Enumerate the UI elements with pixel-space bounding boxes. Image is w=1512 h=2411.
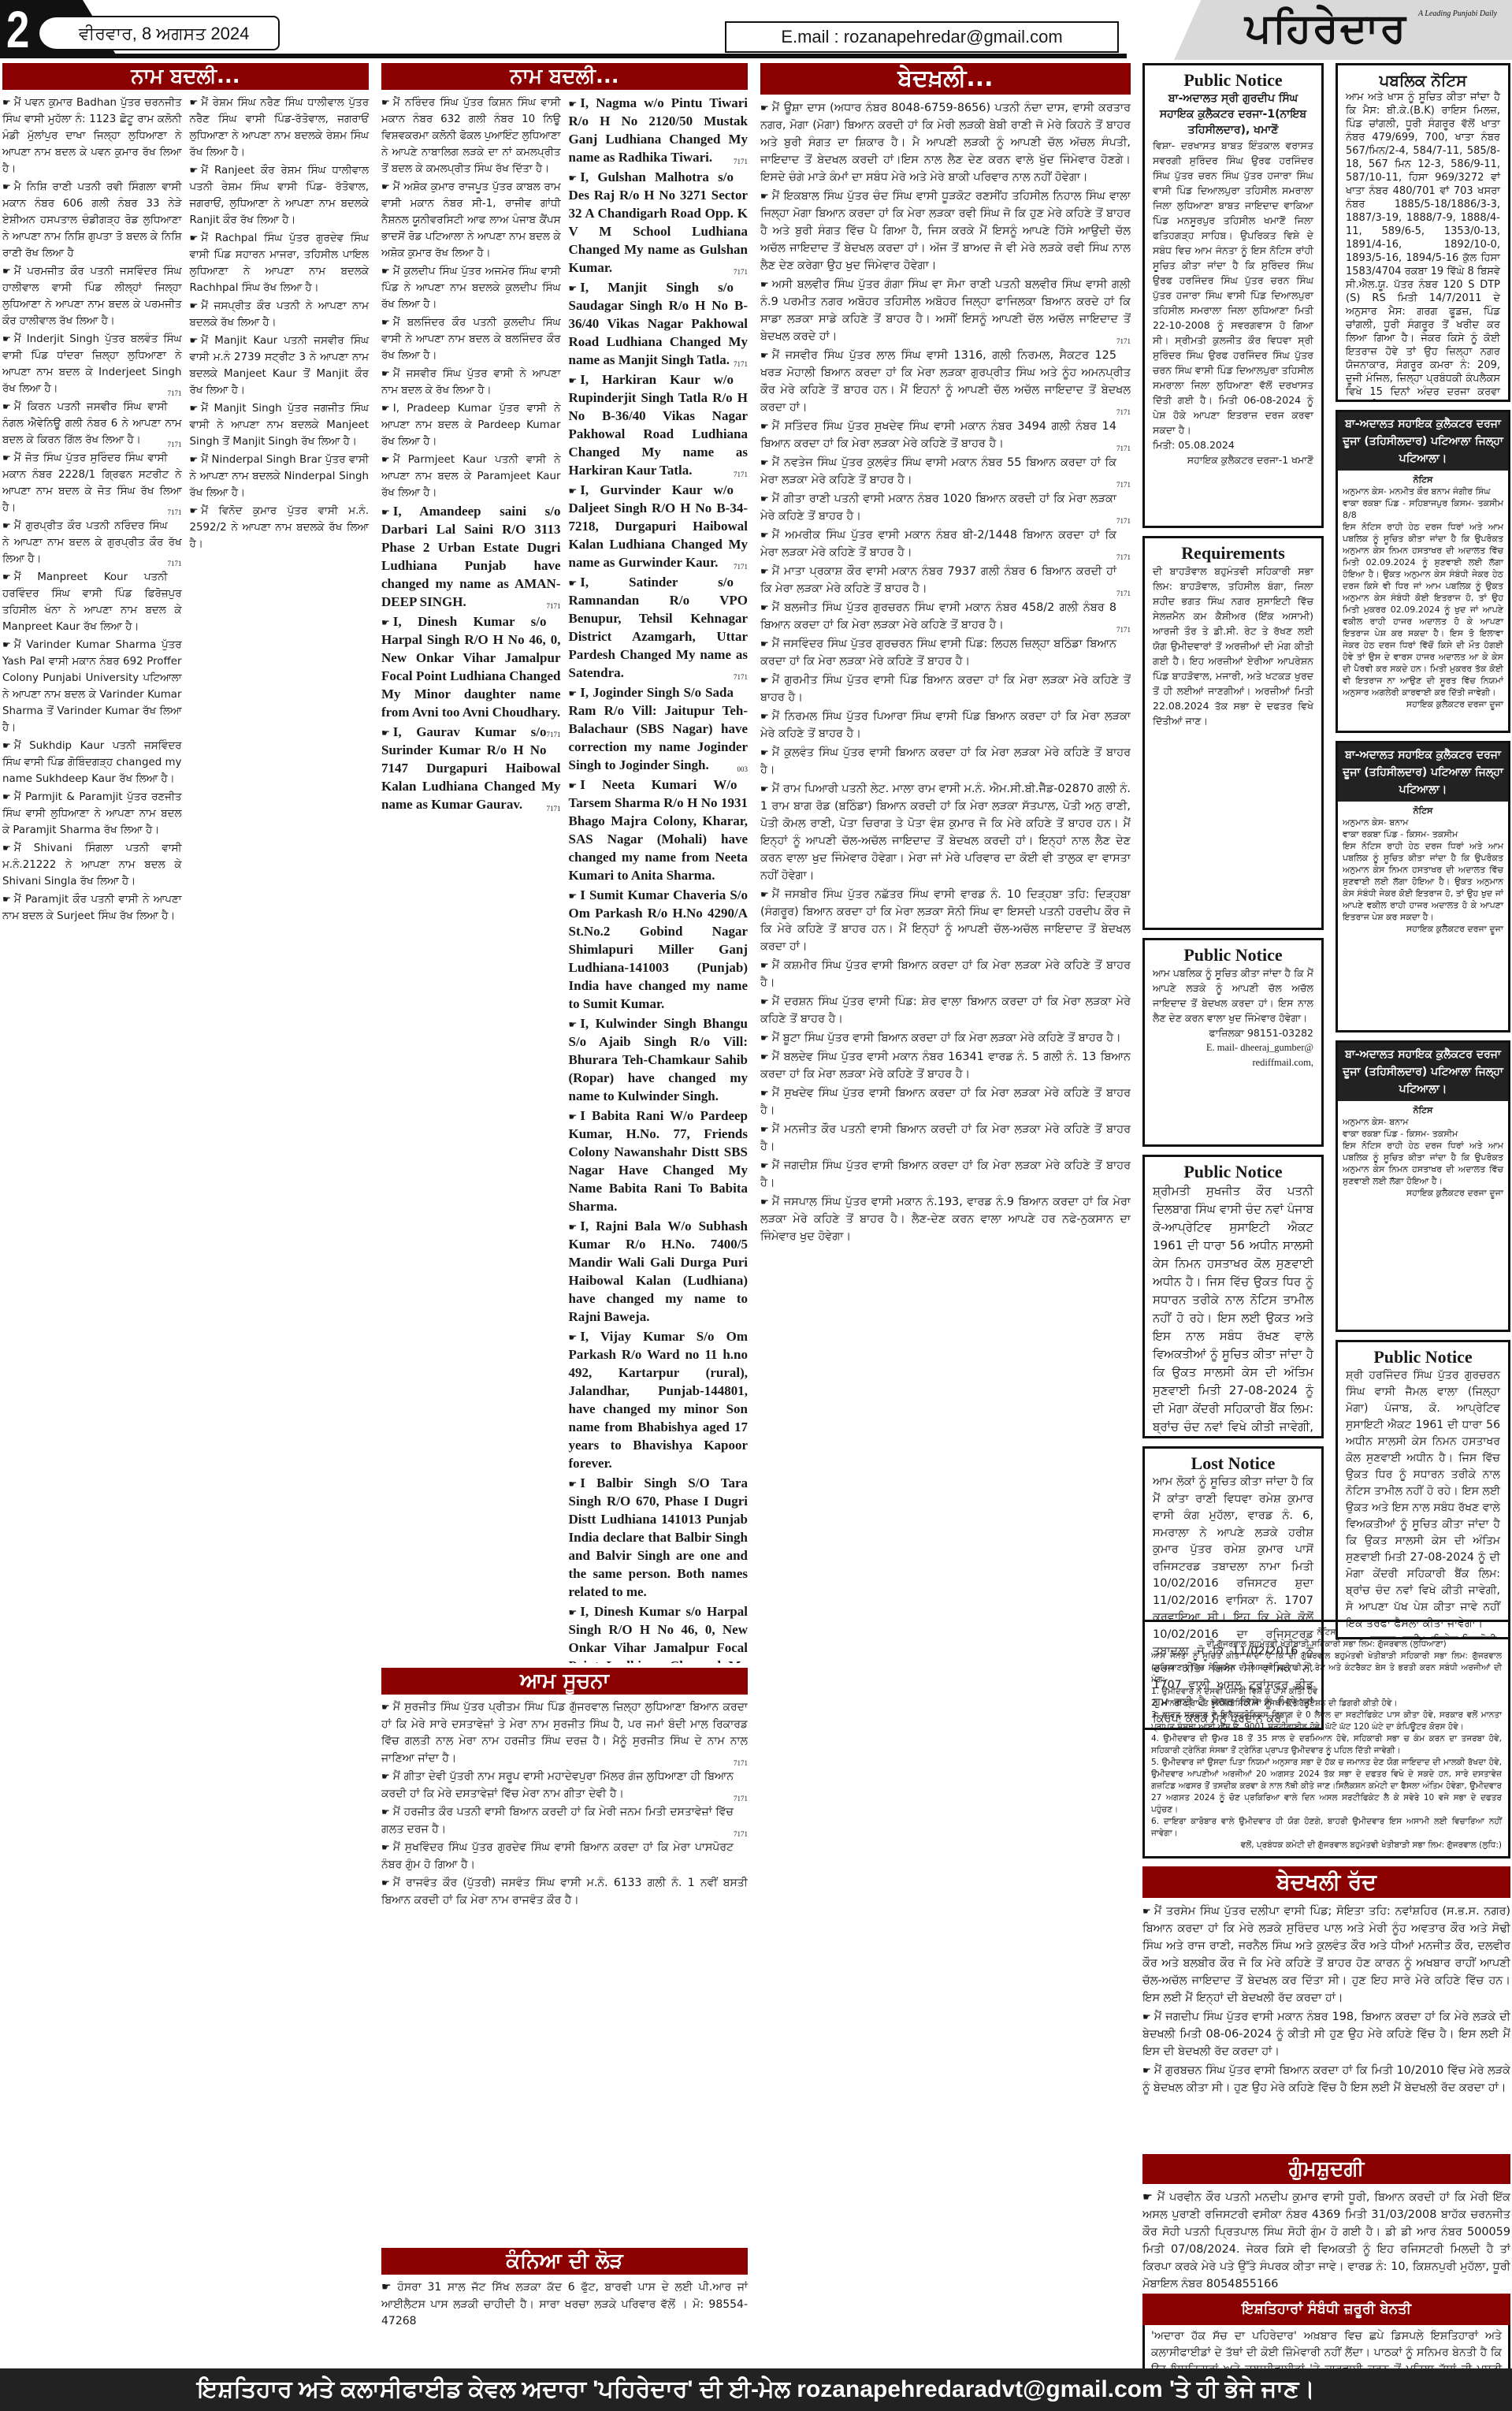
ad-code: 7171 bbox=[1116, 621, 1131, 638]
pointing-hand-icon: ☛ bbox=[569, 375, 578, 386]
notice-title: Requirements bbox=[1153, 543, 1313, 564]
court-notice-header: ਬਾ-ਅਦਾਲਤ ਸਹਾਇਕ ਕੁਲੈਕਟਰ ਦਰਜਾ ਦੂਜਾ (ਤਹਿਸੀਲ… bbox=[1338, 1043, 1508, 1101]
pointing-hand-icon: ☛ bbox=[760, 638, 769, 649]
list-item: ☛ਮੈਂ ਰੇਸ਼ਮ ਸਿੰਘ ਨਰੈਣ ਸਿੰਘ ਧਾਲੀਵਾਲ ਪੁੱਤਰ … bbox=[190, 95, 370, 161]
list-item-text: ਮੈਂ ਵਿਨੋਦ ਕੁਮਾਰ ਪੁੱਤਰ ਵਾਸੀ ਮ.ਨੰ. 2592/2 … bbox=[190, 505, 370, 550]
list-item-text: ਮੈਂ ਅਸ਼ੋਕ ਕੁਮਾਰ ਰਾਜਪੂਤ ਪੁੱਤਰ ਕਾਬਲ ਰਾਮ ਵਾ… bbox=[381, 181, 561, 259]
pointing-hand-icon: ☛ bbox=[760, 102, 769, 113]
pointing-hand-icon: ☛ bbox=[760, 279, 769, 290]
missing-text: ਮੈਂ ਪਰਵੀਨ ਕੌਰ ਪਤਨੀ ਮਨਦੀਪ ਕੁਮਾਰ ਵਾਸੀ ਧੂਰੀ… bbox=[1142, 2191, 1510, 2287]
pointing-hand-icon: ☛ bbox=[381, 727, 390, 739]
list-item-text: ਮੈਂ ਅਮਰੀਕ ਸਿੰਘ ਪੁੱਤਰ ਵਾਸੀ ਮਕਾਨ ਨੰਬਰ ਬੀ-2… bbox=[760, 529, 1116, 559]
list-item: ☛ਮੈਂ Shivani ਸਿੰਗਲਾ ਪਤਨੀ ਵਾਸੀ ਮ.ਨੰ.21222… bbox=[2, 840, 182, 890]
list-item: ☛ਮੈਂ ਬਲਜੀਤ ਸਿੰਘ ਪੁੱਤਰ ਗੁਰਚਰਨ ਸਿੰਘ ਵਾਸੀ ਮ… bbox=[760, 599, 1131, 634]
pointing-hand-icon: ☛ bbox=[381, 1877, 390, 1888]
name-change-column-2: ਨਾਮ ਬਦਲੀ... ☛ਮੈਂ ਨਰਿੰਦਰ ਸਿੰਘ ਪੁੱਤਰ ਕਿਸ਼ਨ… bbox=[381, 63, 748, 2331]
ad-code: 7171 bbox=[734, 669, 748, 686]
ad-code: 7171 bbox=[734, 264, 748, 281]
list-item-text: I Sumit Kumar Chaveria S/o Om Parkash R/… bbox=[569, 887, 749, 1011]
section-heading: ਬੇਦਖ਼ਲੀ... bbox=[760, 63, 1131, 95]
list-item-text: I, Manjit Singh s/o Saudagar Singh R/o H… bbox=[569, 280, 749, 367]
list-item: ☛ਮੈਂ Parmjeet Kaur ਪਤਨੀ ਵਾਸੀ ਨੇ ਆਪਣਾ ਨਾਮ… bbox=[381, 452, 561, 501]
list-item-text: ਮੈਂ ਗੁਰਬਚਨ ਸਿੰਘ ਪੁੱਤਰ ਵਾਸੀ ਬਿਆਨ ਕਰਦਾ ਹਾਂ… bbox=[1142, 2064, 1510, 2094]
list-item-text: ਮੈਂ ਜਸਵੀਰ ਸਿੰਘ ਪੁੱਤਰ ਵਾਸੀ ਨੇ ਆਪਣਾ ਨਾਮ ਬਦ… bbox=[381, 368, 561, 396]
list-item: ☛ਮੈਂ ਜਗਦੀਸ਼ ਸਿੰਘ ਪੁੱਤਰ ਵਾਸੀ ਬਿਆਨ ਕਰਦਾ ਹਾ… bbox=[760, 1157, 1131, 1192]
ad-code: 7171 bbox=[168, 385, 182, 402]
list-item-text: ਮੈਂ ਰੇਸ਼ਮ ਸਿੰਘ ਨਰੈਣ ਸਿੰਘ ਧਾਲੀਵਾਲ ਪੁੱਤਰ ਨ… bbox=[190, 97, 370, 158]
pointing-hand-icon: ☛ bbox=[381, 1771, 390, 1782]
list-item-text: ਮੈਂ ਜਸਬੀਰ ਸਿੰਘ ਪੁੱਤਰ ਨਛੱਤਰ ਸਿੰਘ ਵਾਸੀ ਵਾਰ… bbox=[760, 888, 1131, 953]
list-item-text: ਮੈਂ ਇਕਬਾਲ ਸਿੰਘ ਪੁੱਤਰ ਚੰਦ ਸਿੰਘ ਵਾਸੀ ਧੂੜਕੋ… bbox=[760, 190, 1131, 272]
notice-title: ਪਬਲਿਕ ਨੋਟਿਸ bbox=[1346, 70, 1500, 91]
missing-notice: ☛ ਮੈਂ ਪਰਵੀਨ ਕੌਰ ਪਤਨੀ ਮਨਦੀਪ ਕੁਮਾਰ ਵਾਸੀ ਧੂ… bbox=[1142, 2189, 1510, 2287]
notice-body: ਸ਼੍ਰੀਮਤੀ ਸੁਖਜੀਤ ਕੌਰ ਪਤਨੀ ਦਿਲਬਾਗ ਸਿੰਘ ਵਾਸ… bbox=[1153, 1182, 1313, 1438]
bride-wanted-heading: ਕੰਨਿਆ ਦੀ ਲੋੜ bbox=[381, 2248, 748, 2275]
list-item-text: ਮੈਂ ਦਰਸ਼ਨ ਸਿੰਘ ਪੁੱਤਰ ਵਾਸੀ ਪਿੰਡ: ਸ਼ੇਰ ਵਾਲ… bbox=[760, 995, 1131, 1025]
pointing-hand-icon: ☛ bbox=[760, 457, 769, 468]
list-item-text: ਮੈਂ ਗੁਰਪ੍ਰੀਤ ਕੌਰ ਪਤਨੀ ਨਰਿੰਦਰ ਸਿੰਘ ਨੇ ਆਪਣ… bbox=[2, 520, 182, 565]
list-item-text: ਮੈਂ Manjit Kaur ਪਤਨੀ ਜਸਵੀਰ ਸਿੰਘ ਵਾਸੀ ਮ.ਨ… bbox=[190, 335, 370, 396]
court-notice-label: ਨੋਟਿਸ bbox=[1343, 805, 1503, 817]
pointing-hand-icon: ☛ bbox=[760, 996, 769, 1007]
list-item: ☛ਮੈਂ ਤਰਸੇਮ ਸਿੰਘ ਪੁੱਤਰ ਦਲੀਪਾ ਵਾਸੀ ਪਿੰਡ; ਸ… bbox=[1142, 1903, 1510, 2007]
list-item: ☛I, Gurvinder Kaur w/o Daljeet Singh R/O… bbox=[569, 482, 749, 572]
court-notice-header: ਬਾ-ਅਦਾਲਤ ਸਹਾਇਕ ਕੁਲੈਕਟਰ ਦਰਜਾ ਦੂਜਾ (ਤਹਿਸੀਲ… bbox=[1338, 743, 1508, 802]
revocation-list: ☛ਮੈਂ ਤਰਸੇਮ ਸਿੰਘ ਪੁੱਤਰ ਦਲੀਪਾ ਵਾਸੀ ਪਿੰਡ; ਸ… bbox=[1142, 1903, 1510, 2151]
list-item-text: ਮੈਂ ਕਸ਼ਮੀਰ ਸਿੰਘ ਪੁੱਤਰ ਵਾਸੀ ਬਿਆਨ ਕਰਦਾ ਹਾਂ… bbox=[760, 959, 1131, 989]
list-item: ☛I, Pradeep Kumar ਪੁੱਤਰ ਵਾਸੀ ਨੇ ਆਪਣਾ ਨਾਮ… bbox=[381, 400, 561, 450]
requirement-point: 6. ਦਾਇਰਾ ਕਾਰੋਬਾਰ ਵਾਲੇ ਉਮੀਦਵਾਰ ਹੀ ਯੋਗ ਹੋਣ… bbox=[1151, 1816, 1502, 1840]
pointing-hand-icon: ☛ bbox=[569, 780, 578, 791]
list-item: ☛ਮੈਂ ਸੁਰਜੀਤ ਸਿੰਘ ਪੁੱਤਰ ਪ੍ਰੀਤਮ ਸਿੰਘ ਪਿੰਡ … bbox=[381, 1699, 748, 1767]
list-item: ☛ਮੈਂ ਕੁਲਦੀਪ ਸਿੰਘ ਪੁੱਤਰ ਅਜਮੇਰ ਸਿੰਘ ਵਾਸੀ ਪ… bbox=[381, 263, 561, 313]
list-item: ☛ਮੈਂ ਗੀਤਾ ਰਾਣੀ ਪਤਨੀ ਵਾਸੀ ਮਕਾਨ ਨੰਬਰ 1020 … bbox=[760, 490, 1131, 525]
court-notice-case: ਅਨੁਮਾਨ ਕੇਸ- ਬਨਾਮ bbox=[1343, 1116, 1503, 1128]
list-item: ☛ਮੈਂ ਬੂਟਾ ਸਿੰਘ ਪੁੱਤਰ ਵਾਸੀ ਬਿਆਨ ਕਰਦਾ ਹਾਂ … bbox=[760, 1029, 1131, 1047]
notices-column-right: ਪਬਲਿਕ ਨੋਟਿਸ ਆਮ ਅਤੇ ਖਾਸ ਨੂੰ ਸੂਚਿਤ ਕੀਤਾ ਜਾ… bbox=[1336, 63, 1510, 1647]
masthead-email[interactable]: E.mail : rozanapehredar@gmail.com bbox=[725, 21, 1119, 53]
list-item-text: ਮੈਂ Paramjit ਕੌਰ ਪਤਨੀ ਵਾਸੀ ਨੇ ਆਪਣਾ ਨਾਮ ਬ… bbox=[2, 894, 182, 922]
pointing-hand-icon: ☛ bbox=[569, 1607, 578, 1618]
pointing-hand-icon: ☛ bbox=[381, 1842, 390, 1853]
pointing-hand-icon: ☛ bbox=[760, 960, 769, 971]
list-item-text: ਮੈਂ ਸੁਖਵਿੰਦਰ ਸਿੰਘ ਪੁੱਤਰ ਗੁਰਦੇਵ ਸਿੰਘ ਵਾਸੀ… bbox=[381, 1841, 734, 1871]
list-item-text: ਮੈਂ Manjit Singh ਪੁੱਤਰ ਜਗਜੀਤ ਸਿੰਘ ਵਾਸੀ ਨ… bbox=[190, 403, 370, 448]
gujjarwal-society-notice: ਨੋਟਿਸ ਦੀ ਗੁੱਜਰਵਾਲ ਬਹੁਮੰਤਵੀ ਖੇਤੀਬਾੜੀ ਸਹਿਕ… bbox=[1142, 1620, 1510, 1858]
list-item: ☛ਮੈਂ ਕੁਲਵੰਤ ਸਿੰਘ ਪੁੱਤਰ ਵਾਸੀ ਬਿਆਨ ਕਰਦਾ ਹਾ… bbox=[760, 744, 1131, 779]
ad-code: 7171 bbox=[734, 467, 748, 483]
list-item-text: I, Pradeep Kumar ਪੁੱਤਰ ਵਾਸੀ ਨੇ ਆਪਣਾ ਨਾਮ … bbox=[381, 403, 561, 448]
court-notice-signature: ਸਹਾਇਕ ਕੁਲੈਕਟਰ ਦਰਜਾ ਦੂਜਾ bbox=[1343, 923, 1503, 935]
list-item-text: I, Harkiran Kaur w/o Rupinderjit Singh T… bbox=[569, 372, 749, 478]
court-notice-signature: ਸਹਾਇਕ ਕੁਲੈਕਟਰ ਦਰਜਾ ਦੂਜਾ bbox=[1343, 1187, 1503, 1199]
list-item-text: ਮੈਂ ਬਲਜੀਤ ਸਿੰਘ ਪੁੱਤਰ ਗੁਰਚਰਨ ਸਿੰਘ ਵਾਸੀ ਮਕ… bbox=[760, 601, 1116, 631]
pointing-hand-icon: ☛ bbox=[381, 1806, 390, 1818]
ad-code: 7171 bbox=[1116, 333, 1131, 350]
list-item: ☛ਮੈਂ ਗੁਰਬਚਨ ਸਿੰਘ ਪੁੱਤਰ ਵਾਸੀ ਬਿਆਨ ਕਰਦਾ ਹਾ… bbox=[1142, 2062, 1510, 2097]
page-number: 2 bbox=[6, 2, 29, 57]
list-item-text: ਮੈਂ ਜਸਵਿੰਦਰ ਸਿੰਘ ਪੁੱਤਰ ਗੁਰਚਰਨ ਸਿੰਘ ਵਾਸੀ … bbox=[760, 638, 1116, 668]
pointing-hand-icon: ☛ bbox=[2, 740, 11, 751]
list-item-text: ਮੈਂ ਪਵਨ ਕੁਮਾਰ Badhan ਪੁੱਤਰ ਚਰਨਜੀਤ ਸਿੰਘ ਵ… bbox=[2, 97, 182, 175]
pointing-hand-icon: ☛ bbox=[190, 454, 199, 465]
pointing-hand-icon: ☛ bbox=[381, 454, 390, 465]
list-item-text: ਮੈ ਨਿਸ਼ਿ ਰਾਣੀ ਪਤਨੀ ਰਵੀ ਸਿੰਗਲਾ ਵਾਸੀ ਮਕਾਨ … bbox=[2, 181, 182, 259]
notice-signature: ਸਹਾਇਕ ਕੁਲੈਕਟਰ ਦਰਜਾ-1 ਖਮਾਣੋਂ bbox=[1153, 452, 1313, 467]
list-item-text: ਮੈਂ ਗੀਤਾ ਦੇਵੀ ਪੁੱਤਰੀ ਨਾਮ ਸਰੂਪ ਵਾਸੀ ਮਹਾਦੇ… bbox=[381, 1770, 734, 1800]
pointing-hand-icon: ☛ bbox=[569, 1332, 578, 1343]
court-notice-case: ਅਨੁਮਾਨ ਕੇਸ- ਬਨਾਮ bbox=[1343, 817, 1503, 828]
list-item-text: I, Gaurav Kumar s/o Surinder Kumar R/o H… bbox=[381, 724, 561, 812]
list-item: ☛ਮੈਂ Manjit Singh ਪੁੱਤਰ ਜਗਜੀਤ ਸਿੰਘ ਵਾਸੀ … bbox=[190, 400, 370, 450]
pointing-hand-icon: ☛ bbox=[381, 266, 390, 277]
pointing-hand-icon: ☛ bbox=[190, 505, 199, 516]
list-item: ☛ਮੈਂ ਮਨਜੀਤ ਕੌਰ ਪਤਨੀ ਵਾਸੀ ਬਿਆਨ ਕਰਦੀ ਹਾਂ ਕ… bbox=[760, 1121, 1131, 1155]
requirement-point: 2. ਮਾਨਤਾ ਪ੍ਰਾਪਤ ਯੂਨੀਵਰਸਿਟੀ ਜਾਂ ਸੰਸਥਾ ਤੋਂ… bbox=[1151, 1698, 1502, 1710]
list-item: ☛ਮੈਂ ਸੁਖਦੇਵ ਸਿੰਘ ਪੁੱਤਰ ਵਾਸੀ ਬਿਆਨ ਕਰਦਾ ਹਾ… bbox=[760, 1085, 1131, 1119]
ad-code: 7171 bbox=[168, 504, 182, 521]
pointing-hand-icon: ☛ bbox=[381, 317, 390, 328]
pointing-hand-icon: ☛ bbox=[2, 333, 11, 344]
list-item-text: ਮੈਂ ਪਰਮਜੀਤ ਕੌਰ ਪਤਨੀ ਜਸਵਿੰਦਰ ਸਿੰਘ ਹਾਲੀਵਾਲ… bbox=[2, 266, 182, 327]
list-item: ☛ਮੈਂ ਜਸਬੀਰ ਸਿੰਘ ਪੁੱਤਰ ਨਛੱਤਰ ਸਿੰਘ ਵਾਸੀ ਵਾ… bbox=[760, 886, 1131, 955]
revocation-heading: ਬੇਦਖਲੀ ਰੱਦ bbox=[1142, 1866, 1510, 1898]
list-item-text: I, Joginder Singh S/o Sada Ram R/o Vill:… bbox=[569, 685, 749, 772]
list-item-text: ਮੈਂ Shivani ਸਿੰਗਲਾ ਪਤਨੀ ਵਾਸੀ ਮ.ਨੰ.21222 … bbox=[2, 843, 182, 887]
list-item: ☛ਮੈਂ Ranjeet ਕੌਰ ਰੇਸ਼ਮ ਸਿੰਘ ਧਾਲੀਵਾਲ ਪਤਨੀ… bbox=[190, 162, 370, 229]
pointing-hand-icon: ☛ bbox=[2, 452, 11, 463]
notice-email[interactable]: E. mail- dheeraj_gumber@ rediffmail.com, bbox=[1153, 1040, 1313, 1070]
list-item-text: ਮੈਂ ਬਲਦੇਵ ਸਿੰਘ ਪੁੱਤਰ ਵਾਸੀ ਮਕਾਨ ਨੰਬਰ 1634… bbox=[760, 1051, 1131, 1081]
public-notice-khamanon: Public Notice ਬਾ-ਅਦਾਲਤ ਸ੍ਰੀ ਗੁਰਦੀਪ ਸਿੰਘ … bbox=[1142, 63, 1324, 528]
list-item: ☛ਮੈਂ ਕਸ਼ਮੀਰ ਸਿੰਘ ਪੁੱਤਰ ਵਾਸੀ ਬਿਆਨ ਕਰਦਾ ਹਾ… bbox=[760, 957, 1131, 992]
list-item-text: I, Satinder s/o Ramnandan R/o VPO Benupu… bbox=[569, 575, 749, 680]
list-item: ☛I Babita Rani W/o Pardeep Kumar, H.No. … bbox=[569, 1107, 749, 1216]
list-item: ☛ਮੈਂ Ninderpal Singh Brar ਪੁੱਤਰ ਵਾਸੀ ਨੇ … bbox=[190, 452, 370, 501]
list-item-text: ਮੈਂ Ranjeet ਕੌਰ ਰੇਸ਼ਮ ਸਿੰਘ ਧਾਲੀਵਾਲ ਪਤਨੀ … bbox=[190, 165, 370, 226]
list-item-text: ਮੈਂ ਮਾਤਾ ਪ੍ਰਕਾਸ਼ ਕੌਰ ਵਾਸੀ ਮਕਾਨ ਨੰਬਰ 7937… bbox=[760, 565, 1116, 595]
list-item: ☛ਮੈਂ Sukhdip Kaur ਪਤਨੀ ਜਸਵਿੰਦਰ ਸਿੰਘ ਵਾਸੀ… bbox=[2, 738, 182, 787]
court-notice-label: ਨੋਟਿਸ bbox=[1343, 474, 1503, 486]
missing-heading: ਗੁੰਮਸ਼ੁਦਗੀ bbox=[1142, 2154, 1510, 2184]
notice-title: Public Notice bbox=[1153, 70, 1313, 91]
court-notice: ਬਾ-ਅਦਾਲਤ ਸਹਾਇਕ ਕੁਲੈਕਟਰ ਦਰਜਾ ਦੂਜਾ (ਤਹਿਸੀਲ… bbox=[1336, 1040, 1510, 1332]
pointing-hand-icon: ☛ bbox=[760, 711, 769, 722]
list-item: ☛I, Satinder s/o Ramnandan R/o VPO Benup… bbox=[569, 574, 749, 683]
list-item-text: ਮੈਂ ਊਸ਼ਾ ਦਾਸ (ਅਧਾਰ ਨੰਬਰ 8048-6759-8656) … bbox=[760, 102, 1131, 184]
list-item: ☛ਮੈਂ Varinder Kumar Sharma ਪੁੱਤਰ Yash Pa… bbox=[2, 637, 182, 736]
list-item-text: ਮੈਂ ਸੁਰਜੀਤ ਸਿੰਘ ਪੁੱਤਰ ਪ੍ਰੀਤਮ ਸਿੰਘ ਪਿੰਡ ਗ… bbox=[381, 1701, 748, 1765]
list-item-text: ਮੈਂ ਜੋਤ ਸਿੰਘ ਪੁੱਤਰ ਸੁਰਿੰਦਰ ਸਿੰਘ ਵਾਸੀ ਮਕਾ… bbox=[2, 452, 182, 514]
list-item: ☛ਮੈਂ Inderjit Singh ਪੁੱਤਰ ਬਲਵੰਤ ਸਿੰਘ ਵਾਸ… bbox=[2, 331, 182, 397]
pointing-hand-icon: ☛ bbox=[760, 1196, 769, 1207]
public-notice-punjabi: ਪਬਲਿਕ ਨੋਟਿਸ ਆਮ ਅਤੇ ਖਾਸ ਨੂੰ ਸੂਚਿਤ ਕੀਤਾ ਜਾ… bbox=[1336, 63, 1510, 402]
pointing-hand-icon: ☛ bbox=[569, 99, 578, 110]
list-item-text: ਮੈਂ ਸੁਖਦੇਵ ਸਿੰਘ ਪੁੱਤਰ ਵਾਸੀ ਬਿਆਨ ਕਰਦਾ ਹਾਂ… bbox=[760, 1087, 1131, 1117]
list-item: ☛I, Vijay Kumar S/o Om Parkash R/o Ward … bbox=[569, 1328, 749, 1473]
list-item-text: ਮੈਂ ਜਸਪਾਲ ਸਿੰਘ ਪੁੱਤਰ ਵਾਸੀ ਮਕਾਨ ਨੰ.193, ਵ… bbox=[760, 1196, 1131, 1243]
pointing-hand-icon: ☛ bbox=[381, 97, 390, 108]
list-item-text: I, Rajni Bala W/o Subhash Kumar R/o H.No… bbox=[569, 1219, 749, 1324]
public-notice-moga: Public Notice ਸ਼੍ਰੀ ਹਰਜਿੰਦਰ ਸਿੰਘ ਪੁੱਤਰ ਗ… bbox=[1336, 1340, 1510, 1639]
list-item-text: ਮੈਂ ਜਸਪ੍ਰੀਤ ਕੌਰ ਪਤਨੀ ਨੇ ਆਪਣਾ ਨਾਮ ਬਦਲਕੇ ਰ… bbox=[190, 300, 370, 329]
pointing-hand-icon: ☛ bbox=[2, 843, 11, 854]
list-item: ☛ਮੈਂ ਵਿਨੋਦ ਕੁਮਾਰ ਪੁੱਤਰ ਵਾਸੀ ਮ.ਨੰ. 2592/2… bbox=[190, 503, 370, 553]
court-notice: ਬਾ-ਅਦਾਲਤ ਸਹਾਇਕ ਕੁਲੈਕਟਰ ਦਰਜਾ ਦੂਜਾ (ਤਹਿਸੀਲ… bbox=[1336, 410, 1510, 733]
list-item: ☛ਮੈਂ ਜਸਪ੍ਰੀਤ ਕੌਰ ਪਤਨੀ ਨੇ ਆਪਣਾ ਨਾਮ ਬਦਲਕੇ … bbox=[190, 298, 370, 331]
court-notice: ਬਾ-ਅਦਾਲਤ ਸਹਾਇਕ ਕੁਲੈਕਟਰ ਦਰਜਾ ਦੂਜਾ (ਤਹਿਸੀਲ… bbox=[1336, 741, 1510, 1032]
ad-code: 7171 bbox=[547, 727, 561, 743]
list-item-text: I Babita Rani W/o Pardeep Kumar, H.No. 7… bbox=[569, 1108, 749, 1214]
notice-body: ਆਮ ਪਬਲਿਕ ਨੂੰ ਸੂਚਿਤ ਕੀਤਾ ਜਾਂਦਾ ਹੈ ਕਿ ਮੈਂ … bbox=[1153, 966, 1313, 1025]
name-change-list-left: ☛ਮੈਂ ਨਰਿੰਦਰ ਸਿੰਘ ਪੁੱਤਰ ਕਿਸ਼ਨ ਸਿੰਘ ਵਾਸੀ ਮ… bbox=[381, 95, 561, 1663]
list-item-text: ਮੈਂ Manpreet Kour ਪਤਨੀ ਹਰਵਿੰਦਰ ਸਿੰਘ ਵਾਸੀ… bbox=[2, 571, 182, 633]
list-item-text: ਮੈਂ Parmjeet Kaur ਪਤਨੀ ਵਾਸੀ ਨੇ ਆਪਣਾ ਨਾਮ … bbox=[381, 454, 561, 499]
list-item-text: I, Kulwinder Singh Bhangu S/o Ajaib Sing… bbox=[569, 1016, 749, 1103]
name-change-list-right: ☛ਮੈਂ ਰੇਸ਼ਮ ਸਿੰਘ ਨਰੈਣ ਸਿੰਘ ਧਾਲੀਵਾਲ ਪੁੱਤਰ … bbox=[190, 95, 370, 926]
bottom-right-block: ਨੋਟਿਸ ਦੀ ਗੁੱਜਰਵਾਲ ਬਹੁਮੰਤਵੀ ਖੇਤੀਬਾੜੀ ਸਹਿਕ… bbox=[1142, 1620, 1510, 2400]
list-item-text: ਮੈਂ Sukhdip Kaur ਪਤਨੀ ਜਸਵਿੰਦਰ ਸਿੰਘ ਵਾਸੀ … bbox=[2, 740, 182, 785]
requirement-point: 4. ਉਮੀਦਵਾਰ ਦੀ ਉਮਰ 18 ਤੋਂ 35 ਸਾਲ ਦੇ ਦਰਮਿਆ… bbox=[1151, 1733, 1502, 1757]
list-item-text: ਮੈਂ ਨਿਰਮਲ ਸਿੰਘ ਪੁੱਤਰ ਪਿਆਰਾ ਸਿੰਘ ਵਾਸੀ ਪਿੰ… bbox=[760, 710, 1131, 740]
notice-label: ਨੋਟਿਸ bbox=[1151, 1627, 1502, 1639]
pointing-hand-icon: ☛ bbox=[2, 181, 11, 192]
court-notice-case: ਅਨੁਮਾਨ ਕੇਸ- ਮਨਮੀਤ ਕੌਰ ਬਨਾਮ ਜੰਗੀਰ ਸਿੰਘ bbox=[1343, 486, 1503, 497]
pointing-hand-icon: ☛ bbox=[760, 1088, 769, 1099]
ad-code: 003 bbox=[737, 761, 749, 778]
pointing-hand-icon: ☛ bbox=[381, 181, 390, 192]
list-item-text: I Neeta Kumari W/o Tarsem Sharma R/o H N… bbox=[569, 777, 749, 883]
list-item-text: I, Gulshan Malhotra s/o Des Raj R/o H No… bbox=[569, 169, 749, 275]
list-item-text: ਮੈਂ Ninderpal Singh Brar ਪੁੱਤਰ ਵਾਸੀ ਨੇ ਆ… bbox=[190, 454, 370, 499]
court-notice-signature: ਸਹਾਇਕ ਕੁਲੈਕਟਰ ਦਰਜਾ ਦੂਜਾ bbox=[1343, 698, 1503, 710]
list-item-text: ਮੈਂ ਰਾਮ ਪਿਆਰੀ ਪਤਨੀ ਲੇਟ. ਮਾਲਾ ਰਾਮ ਵਾਸੀ ਮ.… bbox=[760, 783, 1131, 882]
list-item: ☛I, Dinesh Kumar s/o Harpal Singh R/O H … bbox=[569, 1603, 749, 1663]
ad-code: 7171 bbox=[734, 1755, 748, 1773]
list-item-text: I, Nagma w/o Pintu Tiwari R/o H No 2120/… bbox=[569, 95, 749, 165]
list-item: ☛ਮੈਂ ਗੀਤਾ ਦੇਵੀ ਪੁੱਤਰੀ ਨਾਮ ਸਰੂਪ ਵਾਸੀ ਮਹਾਦ… bbox=[381, 1769, 748, 1803]
pointing-hand-icon: ☛ bbox=[1142, 2011, 1151, 2022]
court-notice-label: ਨੋਟਿਸ bbox=[1343, 1104, 1503, 1116]
list-item-text: I, Vijay Kumar S/o Om Parkash R/o Ward n… bbox=[569, 1329, 749, 1471]
list-item: ☛ਮੈਂ ਰਾਜਵੰਤ ਕੌਰ (ਪੁੱਤਰੀ) ਜਸਵੰਤ ਸਿੰਘ ਵਾਸੀ… bbox=[381, 1875, 748, 1909]
pointing-hand-icon: ☛ bbox=[2, 894, 11, 905]
pointing-hand-icon: ☛ bbox=[190, 97, 199, 108]
pointing-hand-icon: ☛ bbox=[381, 2281, 392, 2294]
list-item-text: ਮੈਂ ਬਲਜਿੰਦਰ ਕੌਰ ਪਤਨੀ ਕੁਲਦੀਪ ਸਿੰਘ ਵਾਸੀ ਨੇ… bbox=[381, 317, 561, 362]
list-item-text: ਮੈਂ ਸਤਿੰਦਰ ਸਿੰਘ ਪੁੱਤਰ ਸੁਖਦੇਵ ਸਿੰਘ ਵਾਸੀ ਮ… bbox=[760, 420, 1116, 450]
list-item-text: ਮੈਂ ਹਰਜੀਤ ਕੌਰ ਪਤਨੀ ਵਾਸੀ ਬਿਆਨ ਕਰਦੀ ਹਾਂ ਕਿ… bbox=[381, 1806, 734, 1836]
list-item: ☛ਮੈਂ ਬਲਜਿੰਦਰ ਕੌਰ ਪਤਨੀ ਕੁਲਦੀਪ ਸਿੰਘ ਵਾਸੀ ਨ… bbox=[381, 314, 561, 364]
list-item: ☛ਮੈਂ ਜਸਵੀਰ ਸਿੰਘ ਪੁੱਤਰ ਲਾਲ ਸਿੰਘ ਵਾਸੀ 1316… bbox=[760, 347, 1131, 416]
list-item: ☛I, Kulwinder Singh Bhangu S/o Ajaib Sin… bbox=[569, 1015, 749, 1106]
notice-requirements-list: 1. ਉਮੀਦਵਾਰ ਨੇ ਦਸਵੀਂ ਪੰਜਾਬੀ ਵਿਸ਼ੇ ਚ ਪਾਸ ਕ… bbox=[1151, 1686, 1502, 1840]
section-heading: ਨਾਮ ਬਦਲੀ... bbox=[2, 63, 369, 90]
ad-code: 7171 bbox=[168, 556, 182, 572]
pointing-hand-icon: ☛ bbox=[190, 403, 199, 414]
pointing-hand-icon: ☛ bbox=[2, 266, 11, 277]
list-item: ☛ਮੈਂ ਨਿਰਮਲ ਸਿੰਘ ਪੁੱਤਰ ਪਿਆਰਾ ਸਿੰਘ ਵਾਸੀ ਪਿ… bbox=[760, 708, 1131, 742]
list-item-text: ਮੈਂ ਮਨਜੀਤ ਕੌਰ ਪਤਨੀ ਵਾਸੀ ਬਿਆਨ ਕਰਦੀ ਹਾਂ ਕਿ… bbox=[760, 1123, 1131, 1153]
general-notice-heading: ਆਮ ਸੂਚਨਾ bbox=[381, 1668, 748, 1695]
notice-signature: ਵਲੋਂ, ਪ੍ਰਬੰਧਕ ਕਮੇਟੀ ਦੀ ਗੁੱਜਰਵਾਲ ਬਹੁਮੰਤਵੀ… bbox=[1151, 1840, 1502, 1851]
pointing-hand-icon: ☛ bbox=[381, 403, 390, 414]
court-notice-detail: ਵਾਕਾ ਰਕਬਾ ਪਿੰਡ - ਕਿਸਮ- ਤਕਸੀਮ bbox=[1343, 1128, 1503, 1140]
ad-code: 7171 bbox=[1116, 476, 1131, 493]
list-item: ☛I, Rajni Bala W/o Subhash Kumar R/o H.N… bbox=[569, 1218, 749, 1326]
pointing-hand-icon: ☛ bbox=[760, 1032, 769, 1044]
list-item: ☛I, Dinesh Kumar s/o Harpal Singh R/O H … bbox=[381, 613, 561, 722]
list-item: ☛ਮੈਂ ਨਰਿੰਦਰ ਸਿੰਘ ਪੁੱਤਰ ਕਿਸ਼ਨ ਸਿੰਘ ਵਾਸੀ ਮ… bbox=[381, 95, 561, 177]
list-item-text: ਮੈਂ ਜਸਵੀਰ ਸਿੰਘ ਪੁੱਤਰ ਲਾਲ ਸਿੰਘ ਵਾਸੀ 1316,… bbox=[760, 349, 1131, 414]
list-item-text: ਮੈਂ ਬੂਟਾ ਸਿੰਘ ਪੁੱਤਰ ਵਾਸੀ ਬਿਆਨ ਕਰਦਾ ਹਾਂ ਕ… bbox=[772, 1032, 1121, 1044]
pointing-hand-icon: ☛ bbox=[569, 578, 578, 589]
pointing-hand-icon: ☛ bbox=[190, 300, 199, 311]
newspaper-tagline: A Leading Punjabi Daily bbox=[1418, 9, 1497, 18]
list-item: ☛I, Amandeep saini s/o Darbari Lal Saini… bbox=[381, 503, 561, 612]
notice-title: Public Notice bbox=[1346, 1347, 1500, 1367]
list-item: ☛I, Harkiran Kaur w/o Rupinderjit Singh … bbox=[569, 371, 749, 480]
list-item: ☛I, Nagma w/o Pintu Tiwari R/o H No 2120… bbox=[569, 95, 749, 167]
pointing-hand-icon: ☛ bbox=[2, 639, 11, 650]
ad-code: 7171 bbox=[734, 1791, 748, 1808]
notice-phone: ਫਾਜ਼ਿਲਕਾ 98151-03282 bbox=[1153, 1025, 1313, 1040]
pointing-hand-icon: ☛ bbox=[190, 165, 199, 176]
court-notice-body: ਇਸ ਨੋਟਿਸ ਰਾਹੀ ਹੇਠ ਦਰਜ ਧਿਰਾਂ ਅਤੇ ਆਮ ਪਬਲਿਕ… bbox=[1343, 840, 1503, 923]
ad-code: 7171 bbox=[1116, 512, 1131, 530]
list-item-text: ਮੈਂ ਤਰਸੇਮ ਸਿੰਘ ਪੁੱਤਰ ਦਲੀਪਾ ਵਾਸੀ ਪਿੰਡ; ਸੋ… bbox=[1142, 1905, 1510, 2004]
list-item: ☛I, Gaurav Kumar s/o Surinder Kumar R/o … bbox=[381, 724, 561, 814]
pointing-hand-icon: ☛ bbox=[760, 493, 769, 504]
list-item-text: ਮੈਂ ਕੁਲਦੀਪ ਸਿੰਘ ਪੁੱਤਰ ਅਜਮੇਰ ਸਿੰਘ ਵਾਸੀ ਪਿ… bbox=[381, 266, 561, 311]
masthead-rule bbox=[102, 54, 1127, 58]
ad-code: 7171 bbox=[1116, 585, 1131, 602]
notice-body: ਵਿਸ਼ਾ- ਦਰਖਾਸਤ ਬਾਬਤ ਇੰਤਕਾਲ ਵਰਾਸਤ ਸਵਰਗੀ ਸੁ… bbox=[1153, 138, 1313, 437]
footer-banner: ਇਸ਼ਤਿਹਾਰ ਅਤੇ ਕਲਾਸੀਫਾਈਡ ਕੇਵਲ ਅਦਾਰਾ 'ਪਹਿਰੇ… bbox=[0, 2368, 1512, 2411]
pointing-hand-icon: ☛ bbox=[760, 566, 769, 577]
pointing-hand-icon: ☛ bbox=[760, 530, 769, 541]
list-item: ☛ਮੈਂ Manpreet Kour ਪਤਨੀ ਹਰਵਿੰਦਰ ਸਿੰਘ ਵਾਸ… bbox=[2, 569, 182, 635]
pointing-hand-icon: ☛ bbox=[760, 675, 769, 686]
notice-body: ਦੀ ਬਾਹੜੋਵਾਲ ਬਹੁਮੰਤਵੀ ਸਹਿਕਾਰੀ ਸਭਾ ਲਿਮ: ਬਾ… bbox=[1153, 564, 1313, 728]
pointing-hand-icon: ☛ bbox=[381, 368, 390, 379]
pointing-hand-icon: ☛ bbox=[2, 401, 11, 412]
list-item: ☛ਮੈਂ ਜਗਦੀਪ ਸਿੰਘ ਪੁੱਤਰ ਵਾਸੀ ਮਕਾਨ ਨੰਬਰ 198… bbox=[1142, 2008, 1510, 2060]
notice-title: Lost Notice bbox=[1153, 1453, 1313, 1474]
court-notice-body: ਇਸ ਨੋਟਿਸ ਰਾਹੀ ਹੇਠ ਦਰਜ ਧਿਰਾਂ ਅਤੇ ਆਮ ਪਬਲਿਕ… bbox=[1343, 1140, 1503, 1187]
list-item: ☛ਮੈਂ ਸੁਖਵਿੰਦਰ ਸਿੰਘ ਪੁੱਤਰ ਗੁਰਦੇਵ ਸਿੰਘ ਵਾਸ… bbox=[381, 1840, 748, 1873]
pointing-hand-icon: ☛ bbox=[760, 1160, 769, 1171]
requirements-notice: Requirements ਦੀ ਬਾਹੜੋਵਾਲ ਬਹੁਮੰਤਵੀ ਸਹਿਕਾਰ… bbox=[1142, 536, 1324, 930]
list-item-text: ਮੈਂ Rachpal ਸਿੰਘ ਪੁੱਤਰ ਗੁਰਦੇਵ ਸਿੰਘ ਵਾਸੀ … bbox=[190, 233, 370, 294]
notice-body: ਆਮ ਅਤੇ ਖਾਸ ਨੂੰ ਸੂਚਿਤ ਕੀਤਾ ਜਾਂਦਾ ਹੈ ਕਿ ਮੈ… bbox=[1346, 91, 1500, 402]
ad-code: 7171 bbox=[168, 437, 182, 453]
list-item: ☛I, Manjit Singh s/o Saudagar Singh R/o … bbox=[569, 279, 749, 370]
ad-code: 7171 bbox=[734, 356, 748, 373]
ad-code: 7171 bbox=[1116, 549, 1131, 566]
footer-text: ਇਸ਼ਤਿਹਾਰ ਅਤੇ ਕਲਾਸੀਫਾਈਡ ਕੇਵਲ ਅਦਾਰਾ 'ਪਹਿਰੇ… bbox=[197, 2376, 1314, 2402]
list-item: ☛ਮੈਂ ਅਮਰੀਕ ਸਿੰਘ ਪੁੱਤਰ ਵਾਸੀ ਮਕਾਨ ਨੰਬਰ ਬੀ-… bbox=[760, 526, 1131, 561]
requirement-point: 3. ਭਾਰਤ ਸਰਕਾਰ ਦੇ ਇਲੈਕਟਰੋਨਿਕਸ ਵਿਭਾਗ ਦੇ 0 … bbox=[1151, 1710, 1502, 1733]
issue-date: ਵੀਰਵਾਰ, 8 ਅਗਸਤ 2024 bbox=[79, 24, 249, 44]
court-notice-body: ਇਸ ਨੋਟਿਸ ਰਾਹੀ ਹੇਠ ਦਰਜ ਧਿਰਾਂ ਅਤੇ ਆਮ ਪਬਲਿਕ… bbox=[1343, 521, 1503, 698]
ad-code: 7171 bbox=[1116, 404, 1131, 421]
list-item-text: ਮੈਂ Parmjit & Paramjit ਪੁੱਤਰ ਰਣਜੀਤ ਸਿੰਘ … bbox=[2, 791, 182, 836]
name-change-column-1: ਨਾਮ ਬਦਲੀ... ☛ਮੈਂ ਪਵਨ ਕੁਮਾਰ Badhan ਪੁੱਤਰ … bbox=[2, 63, 369, 926]
pointing-hand-icon: ☛ bbox=[569, 1019, 578, 1030]
list-item: ☛ਮੈਂ ਊਸ਼ਾ ਦਾਸ (ਅਧਾਰ ਨੰਬਰ 8048-6759-8656)… bbox=[760, 99, 1131, 186]
list-item: ☛I Neeta Kumari W/o Tarsem Sharma R/o H … bbox=[569, 776, 749, 885]
pointing-hand-icon: ☛ bbox=[381, 507, 390, 518]
pointing-hand-icon: ☛ bbox=[190, 335, 199, 346]
list-item: ☛ਮੈਂ ਇਕਬਾਲ ਸਿੰਘ ਪੁੱਤਰ ਚੰਦ ਸਿੰਘ ਵਾਸੀ ਧੂੜਕ… bbox=[760, 188, 1131, 274]
list-item: ☛ਮੈਂ ਜਸਵੀਰ ਸਿੰਘ ਪੁੱਤਰ ਵਾਸੀ ਨੇ ਆਪਣਾ ਨਾਮ ਬ… bbox=[381, 366, 561, 399]
list-item-text: ਮੈਂ Inderjit Singh ਪੁੱਤਰ ਬਲਵੰਤ ਸਿੰਘ ਵਾਸੀ… bbox=[2, 333, 182, 395]
section-heading: ਨਾਮ ਬਦਲੀ... bbox=[381, 63, 748, 90]
masthead: 2 ਵੀਰਵਾਰ, 8 ਅਗਸਤ 2024 E.mail : rozanapeh… bbox=[0, 0, 1512, 60]
pointing-hand-icon: ☛ bbox=[760, 889, 769, 900]
list-item-text: I, Dinesh Kumar s/o Harpal Singh R/O H N… bbox=[381, 614, 561, 720]
masthead-email-text[interactable]: E.mail : rozanapehredar@gmail.com bbox=[781, 27, 1062, 47]
notice-date: ਮਿਤੀ: 05.08.2024 bbox=[1153, 437, 1313, 452]
pointing-hand-icon: ☛ bbox=[381, 617, 390, 628]
notice-intro: ਆਮ ਜਨਤਾ ਨੂੰ ਸੂਚਿਤ ਕੀਤਾ ਜਾਂਦਾ ਹੈ ਕਿ ਦੀ ਗੁ… bbox=[1151, 1650, 1502, 1686]
pointing-hand-icon: ☛ bbox=[760, 350, 769, 361]
list-item: ☛I Sumit Kumar Chaveria S/o Om Parkash R… bbox=[569, 887, 749, 1014]
list-item: ☛ਮੈਂ Manjit Kaur ਪਤਨੀ ਜਸਵੀਰ ਸਿੰਘ ਵਾਸੀ ਮ.… bbox=[190, 333, 370, 399]
list-item: ☛ਮੈਂ ਪਵਨ ਕੁਮਾਰ Badhan ਪੁੱਤਰ ਚਰਨਜੀਤ ਸਿੰਘ … bbox=[2, 95, 182, 177]
ad-code: 7171 bbox=[1116, 440, 1131, 457]
pointing-hand-icon: ☛ bbox=[760, 747, 769, 758]
disclaimer-heading: ਇਸ਼ਤਿਹਾਰਾਂ ਸੰਬੰਧੀ ਜ਼ਰੂਰੀ ਬੇਨਤੀ bbox=[1142, 2294, 1510, 2325]
list-item-text: ਮੈਂ ਕਿਰਨ ਪਤਨੀ ਜਸਵੀਰ ਸਿੰਘ ਵਾਸੀ ਨੰਗਲ ਐਵੇਨਿ… bbox=[2, 401, 182, 446]
pointing-hand-icon: ☛ bbox=[760, 421, 769, 432]
pointing-hand-icon: ☛ bbox=[760, 1051, 769, 1062]
pointing-hand-icon: ☛ bbox=[190, 233, 199, 244]
notice-title: Public Notice bbox=[1153, 945, 1313, 966]
list-item-text: ਅਸੀ ਬਲਵੀਰ ਸਿੰਘ ਪੁੱਤਰ ਗੰਗਾ ਸਿੰਘ ਵਾ ਸੋਮਾ ਰ… bbox=[760, 278, 1131, 343]
pointing-hand-icon: ☛ bbox=[1142, 2191, 1153, 2204]
list-item: ☛ਮੈਂ ਰਾਮ ਪਿਆਰੀ ਪਤਨੀ ਲੇਟ. ਮਾਲਾ ਰਾਮ ਵਾਸੀ ਮ… bbox=[760, 780, 1131, 884]
ad-code: 7171 bbox=[734, 1826, 748, 1844]
list-item-text: I, Gurvinder Kaur w/o Daljeet Singh R/O … bbox=[569, 482, 749, 570]
list-item-text: I, Dinesh Kumar s/o Harpal Singh R/O H N… bbox=[569, 1604, 749, 1663]
list-item-text: ਮੈਂ ਗੀਤਾ ਰਾਣੀ ਪਤਨੀ ਵਾਸੀ ਮਕਾਨ ਨੰਬਰ 1020 ਬ… bbox=[760, 493, 1116, 523]
newspaper-logo: ਪਹਿਰੇਦਾਰ bbox=[1245, 5, 1407, 53]
pointing-hand-icon: ☛ bbox=[760, 191, 769, 202]
pointing-hand-icon: ☛ bbox=[569, 688, 578, 699]
list-item: ☛ਮੈਂ ਹਰਜੀਤ ਕੌਰ ਪਤਨੀ ਵਾਸੀ ਬਿਆਨ ਕਰਦੀ ਹਾਂ ਕ… bbox=[381, 1804, 748, 1838]
pointing-hand-icon: ☛ bbox=[760, 602, 769, 613]
public-notice-fazilka: Public Notice ਆਮ ਪਬਲਿਕ ਨੂੰ ਸੂਚਿਤ ਕੀਤਾ ਜਾ… bbox=[1142, 938, 1324, 1147]
list-item: ☛ਮੈਂ ਜੋਤ ਸਿੰਘ ਪੁੱਤਰ ਸੁਰਿੰਦਰ ਸਿੰਘ ਵਾਸੀ ਮਕ… bbox=[2, 450, 182, 516]
list-item: ☛ਮੈਂ ਦਰਸ਼ਨ ਸਿੰਘ ਪੁੱਤਰ ਵਾਸੀ ਪਿੰਡ: ਸ਼ੇਰ ਵਾ… bbox=[760, 993, 1131, 1028]
court-notice-detail: ਵਾਕਾ ਰਕਬਾ ਪਿੰਡ - ਕਿਸਮ- ਤਕਸੀਮ bbox=[1343, 828, 1503, 840]
list-item: ☛ਮੈਂ ਨਵਤੇਜ ਸਿੰਘ ਪੁੱਤਰ ਕੁਲਵੰਤ ਸਿੰਘ ਵਾਸੀ ਮ… bbox=[760, 454, 1131, 489]
list-item: ☛ਮੈਂ ਸਤਿੰਦਰ ਸਿੰਘ ਪੁੱਤਰ ਸੁਖਦੇਵ ਸਿੰਘ ਵਾਸੀ … bbox=[760, 418, 1131, 452]
list-item-text: ਮੈਂ ਜਗਦੀਸ਼ ਸਿੰਘ ਪੁੱਤਰ ਵਾਸੀ ਬਿਆਨ ਕਰਦਾ ਹਾਂ… bbox=[760, 1159, 1131, 1189]
list-item: ☛ਮੈਂ ਕਿਰਨ ਪਤਨੀ ਜਸਵੀਰ ਸਿੰਘ ਵਾਸੀ ਨੰਗਲ ਐਵੇਨ… bbox=[2, 399, 182, 448]
ad-code: 7171 bbox=[734, 154, 748, 170]
ad-code: 7171 bbox=[547, 801, 561, 817]
court-notices: ਬਾ-ਅਦਾਲਤ ਸਹਾਇਕ ਕੁਲੈਕਟਰ ਦਰਜਾ ਦੂਜਾ (ਤਹਿਸੀਲ… bbox=[1336, 410, 1510, 1332]
list-item-text: ਮੈਂ ਗੁਰਮੀਤ ਸਿੰਘ ਪੁੱਤਰ ਵਾਸੀ ਪਿੰਡ ਬਿਆਨ ਕਰਦ… bbox=[760, 674, 1131, 704]
list-item: ☛ਮੈਂ ਪਰਮਜੀਤ ਕੌਰ ਪਤਨੀ ਜਸਵਿੰਦਰ ਸਿੰਘ ਹਾਲੀਵਾ… bbox=[2, 263, 182, 329]
pointing-hand-icon: ☛ bbox=[569, 1479, 578, 1490]
requirement-point: 1. ਉਮੀਦਵਾਰ ਨੇ ਦਸਵੀਂ ਪੰਜਾਬੀ ਵਿਸ਼ੇ ਚ ਪਾਸ ਕ… bbox=[1151, 1686, 1502, 1698]
list-item: ☛ਮੈਂ ਜਸਵਿੰਦਰ ਸਿੰਘ ਪੁੱਤਰ ਗੁਰਚਰਨ ਸਿੰਘ ਵਾਸੀ… bbox=[760, 635, 1131, 670]
court-notice-detail: ਵਾਕਾ ਰਕਬਾ ਪਿੰਡ - ਸਹਿਬਾਜਪੁਰ ਕਿਸਮ- ਤਕਸੀਮ 8… bbox=[1343, 497, 1503, 521]
